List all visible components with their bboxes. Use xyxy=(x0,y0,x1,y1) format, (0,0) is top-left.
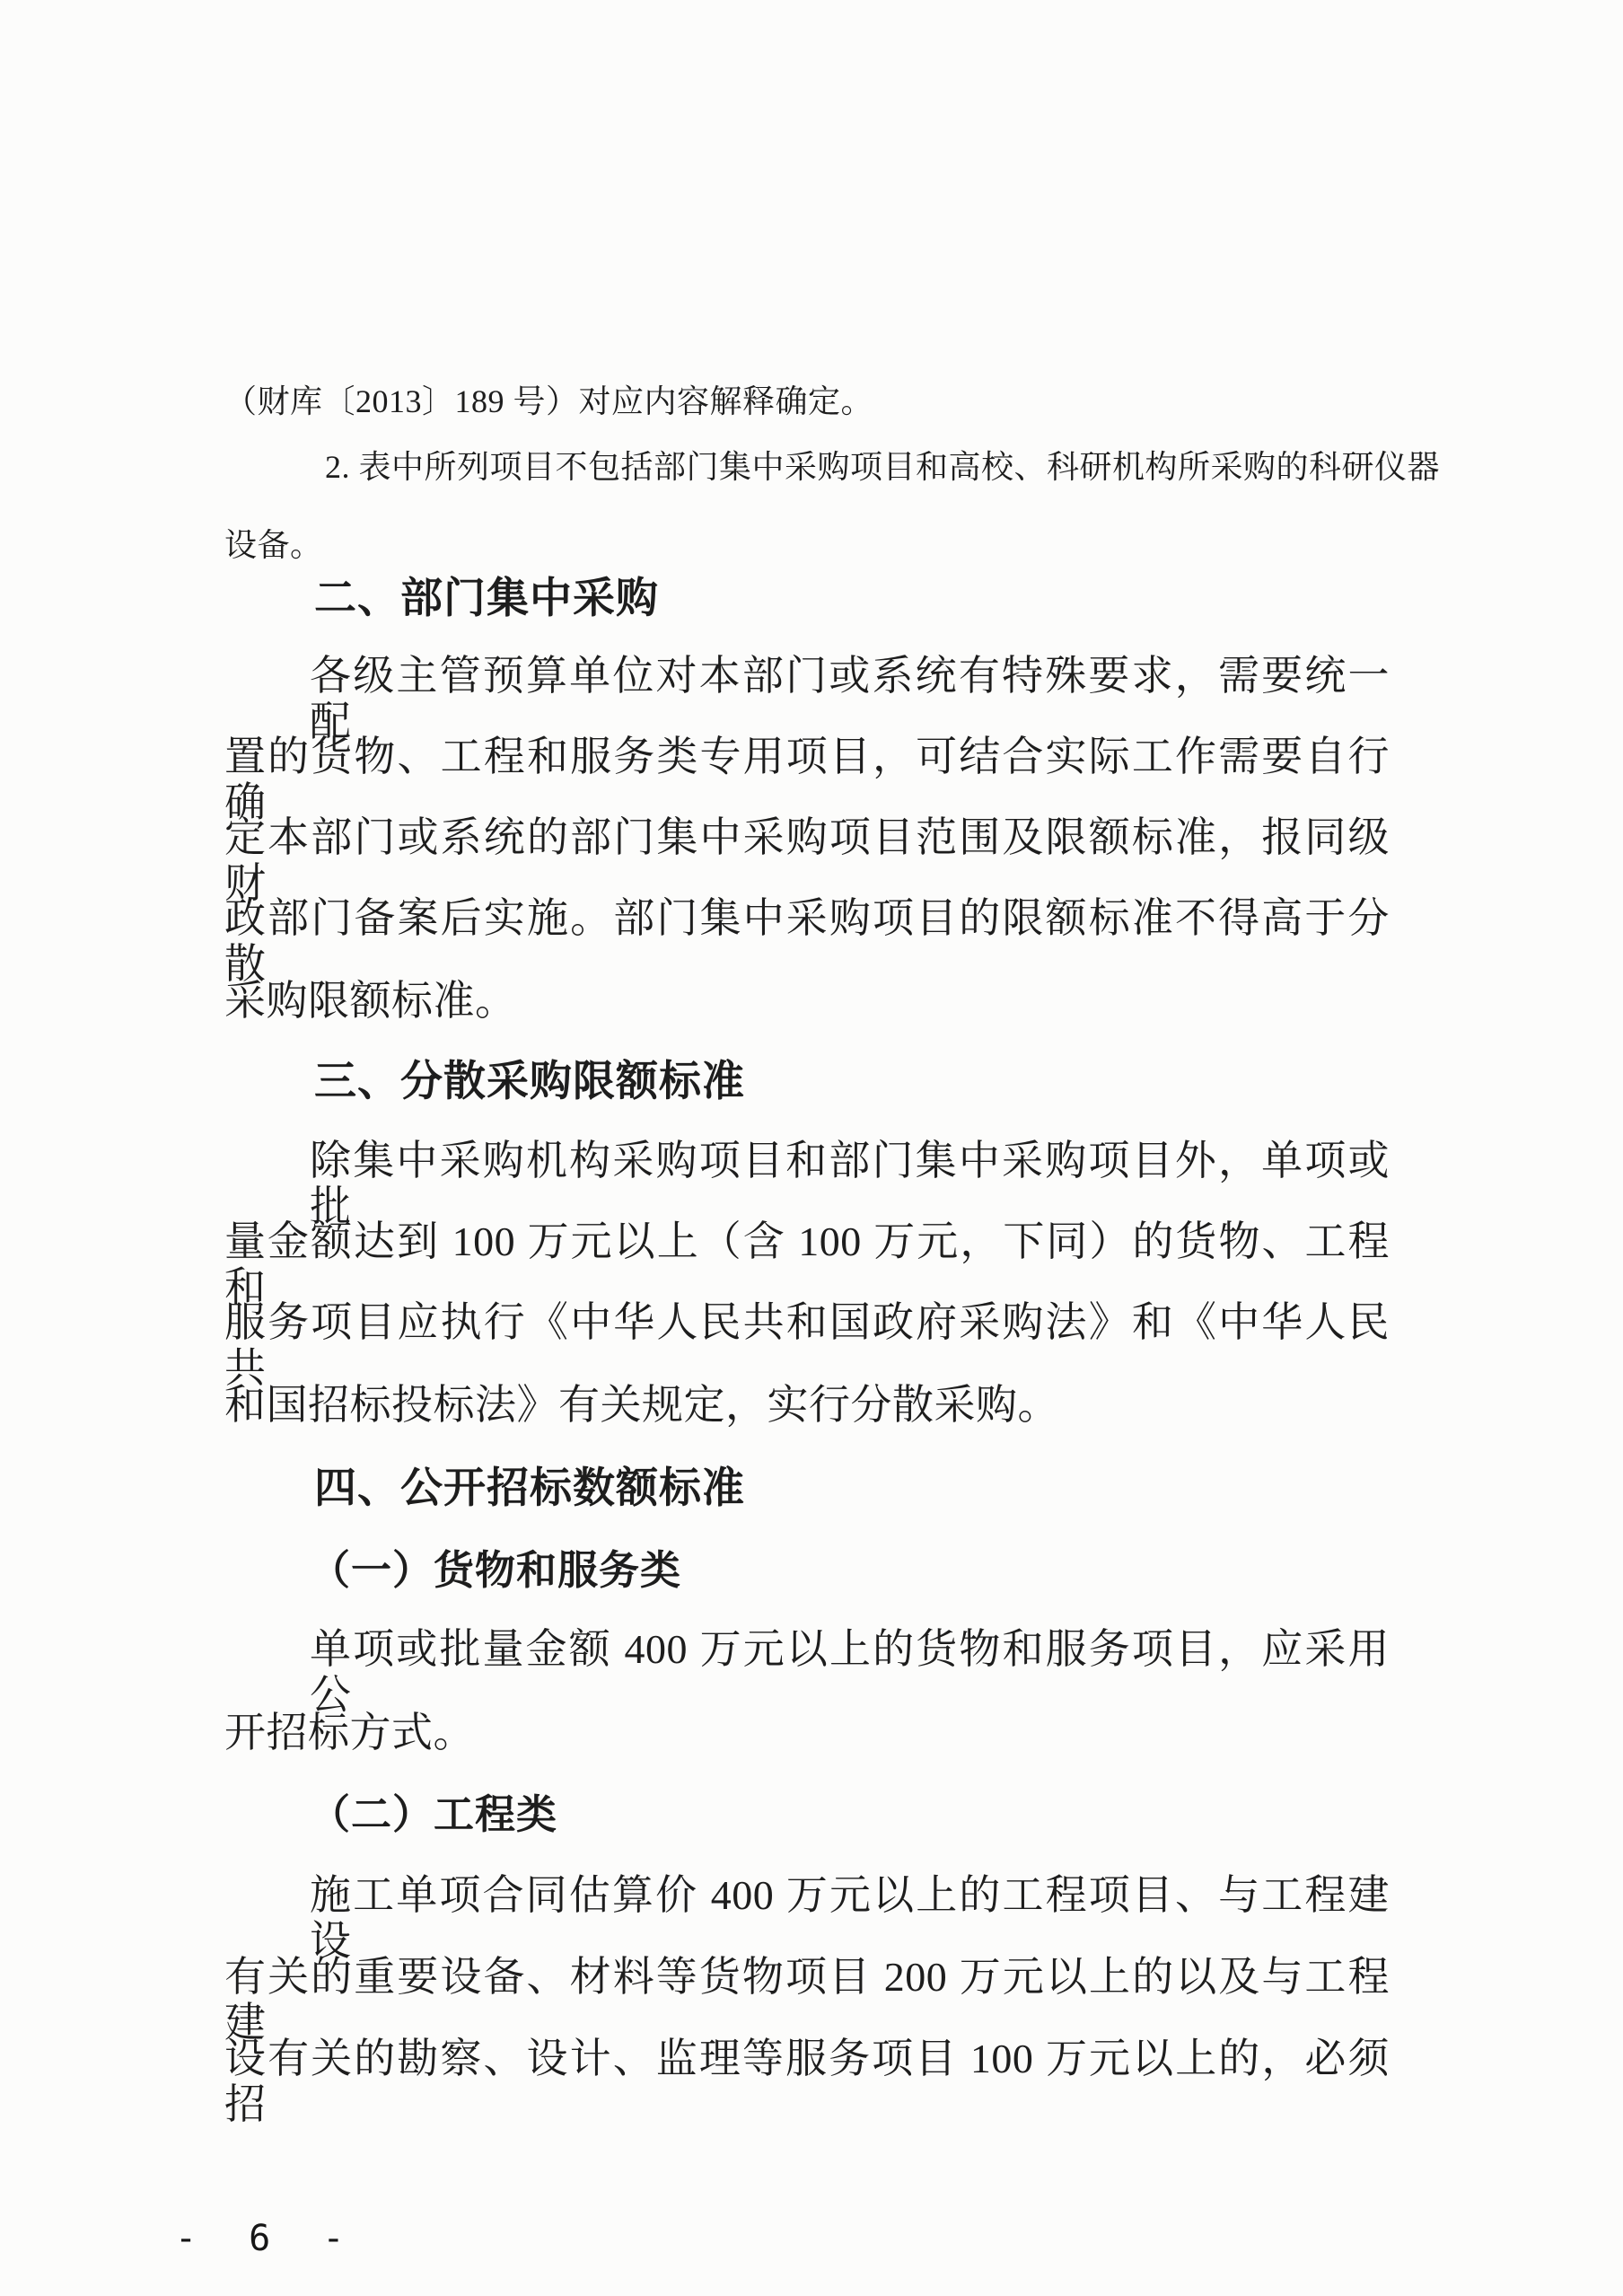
body-line: 采购限额标准。 xyxy=(224,979,517,1025)
note-line: 2. 表中所列项目不包括部门集中采购项目和高校、科研机构所采购的科研仪器 xyxy=(325,450,1440,486)
body-line: 单项或批量金额 400 万元以上的货物和服务项目，应采用公 xyxy=(310,1627,1390,1718)
body-line: 除集中采购机构采购项目和部门集中采购项目外，单项或批 xyxy=(310,1139,1390,1229)
body-line: 设有关的勘察、设计、监理等服务项目 100 万元以上的，必须招 xyxy=(224,2036,1390,2127)
subsection-heading: （一）货物和服务类 xyxy=(310,1548,681,1593)
body-line: 有关的重要设备、材料等货物项目 200 万元以上的以及与工程建 xyxy=(224,1955,1390,2045)
body-line: 服务项目应执行《中华人民共和国政府采购法》和《中华人民共 xyxy=(224,1300,1390,1391)
section-heading: 二、部门集中采购 xyxy=(314,575,659,621)
body-line: 各级主管预算单位对本部门或系统有特殊要求，需要统一配 xyxy=(310,654,1390,744)
body-line: 量金额达到 100 万元以上（含 100 万元，下同）的货物、工程和 xyxy=(224,1219,1390,1310)
note-line: （财库〔2013〕189 号）对应内容解释确定。 xyxy=(224,384,873,420)
section-heading: 四、公开招标数额标准 xyxy=(314,1465,745,1511)
body-line: 开招标方式。 xyxy=(224,1711,475,1756)
body-line: 政部门备案后实施。部门集中采购项目的限额标准不得高于分散 xyxy=(224,896,1390,987)
body-line: 置的货物、工程和服务类专用项目，可结合实际工作需要自行确 xyxy=(224,735,1390,825)
note-line: 设备。 xyxy=(224,528,323,564)
document-page: （财库〔2013〕189 号）对应内容解释确定。 2. 表中所列项目不包括部门集… xyxy=(0,0,1623,2296)
page-number: - 6 - xyxy=(175,2218,349,2259)
section-heading: 三、分散采购限额标准 xyxy=(314,1058,745,1104)
body-line: 施工单项合同估算价 400 万元以上的工程项目、与工程建设 xyxy=(310,1873,1390,1964)
subsection-heading: （二）工程类 xyxy=(310,1792,557,1837)
body-line: 和国招标投标法》有关规定，实行分散采购。 xyxy=(224,1383,1059,1429)
body-line: 定本部门或系统的部门集中采购项目范围及限额标准，报同级财 xyxy=(224,815,1390,906)
